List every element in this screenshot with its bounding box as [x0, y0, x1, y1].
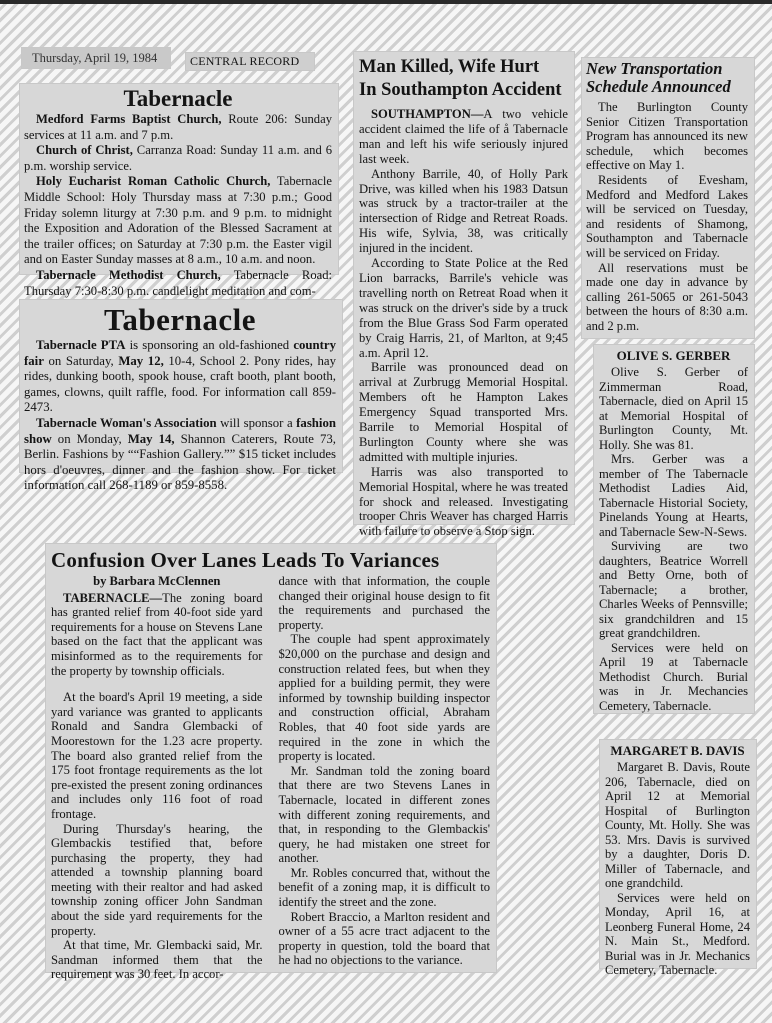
- newspaper-name: CENTRAL RECORD: [186, 53, 314, 70]
- article-paragraph: During Thursday's hearing, the Glembacki…: [51, 822, 263, 939]
- tabernacle-events-clipping: Tabernacle Tabernacle PTA is sponsoring …: [20, 300, 342, 472]
- event-paragraph: Tabernacle PTA is sponsoring an old-fash…: [24, 338, 336, 416]
- clipping-headline: Tabernacle: [24, 86, 332, 112]
- article-paragraph: Mr. Sandman told the zoning board that t…: [279, 764, 491, 866]
- obituary-name: OLIVE S. GERBER: [599, 347, 748, 364]
- article-paragraph: Robert Braccio, a Marlton resident and o…: [279, 910, 491, 968]
- article-paragraph: At that time, Mr. Glembacki said, Mr. Sa…: [51, 938, 263, 982]
- obituary-paragraph: Olive S. Gerber of Zimmerman Road, Taber…: [599, 365, 748, 452]
- zoning-article-clipping: Confusion Over Lanes Leads To Variances …: [46, 544, 496, 972]
- event-paragraph: Tabernacle Woman's Association will spon…: [24, 416, 336, 494]
- article-paragraph: Residents of Evesham, Medford and Medfor…: [586, 173, 748, 261]
- article-headline: New TransportationSchedule Announced: [586, 60, 748, 96]
- article-column-1: by Barbara McClennen TABERNACLE—The zoni…: [51, 574, 263, 982]
- obituary-paragraph: Mrs. Gerber was a member of The Tabernac…: [599, 452, 748, 539]
- article-columns: by Barbara McClennen TABERNACLE—The zoni…: [51, 574, 490, 982]
- byline: by Barbara McClennen: [51, 574, 263, 589]
- article-paragraph-continued: dance with that information, the couple …: [279, 574, 491, 632]
- church-listing: Tabernacle Methodist Church, Tabernacle …: [24, 268, 332, 299]
- article-paragraph: The couple had spent approximately $20,0…: [279, 632, 491, 763]
- obituary-gerber-clipping: OLIVE S. GERBER Olive S. Gerber of Zimme…: [594, 345, 754, 713]
- obituary-paragraph: Services were held on April 19 at Tabern…: [599, 641, 748, 714]
- dateline-clipping: Thursday, April 19, 1984: [22, 48, 170, 68]
- accident-article-clipping: Man Killed, Wife HurtIn Southampton Acci…: [354, 52, 574, 524]
- article-headline: Confusion Over Lanes Leads To Variances: [51, 546, 490, 574]
- transportation-schedule-clipping: New TransportationSchedule Announced The…: [582, 58, 754, 338]
- article-paragraph: At the board's April 19 meeting, a side …: [51, 690, 263, 821]
- obituary-name: MARGARET B. DAVIS: [605, 742, 750, 759]
- church-listing: Church of Christ, Carranza Road: Sunday …: [24, 143, 332, 174]
- church-listing: Medford Farms Baptist Church, Route 206:…: [24, 112, 332, 143]
- obituary-paragraph: Services were held on Monday, April 16, …: [605, 891, 750, 978]
- clipping-headline: Tabernacle: [24, 302, 336, 338]
- article-paragraph: Anthony Barrile, 40, of Holly Park Drive…: [359, 167, 568, 256]
- article-paragraph: Mr. Robles concurred that, without the b…: [279, 866, 491, 910]
- obituary-davis-clipping: MARGARET B. DAVIS Margaret B. Davis, Rou…: [600, 740, 756, 968]
- article-paragraph: Harris was also transported to Memorial …: [359, 465, 568, 540]
- scan-top-edge: [0, 0, 772, 4]
- article-paragraph: According to State Police at the Red Lio…: [359, 256, 568, 360]
- tabernacle-churches-clipping: Tabernacle Medford Farms Baptist Church,…: [20, 84, 338, 274]
- article-paragraph: Barrile was pronounced dead on arrival a…: [359, 360, 568, 464]
- obituary-paragraph: Margaret B. Davis, Route 206, Tabernacle…: [605, 760, 750, 891]
- article-paragraph: All reservations must be made one day in…: [586, 261, 748, 334]
- article-lead: SOUTHAMPTON—A two vehicle accident claim…: [359, 107, 568, 167]
- article-paragraph: The Burlington County Senior Citizen Tra…: [586, 100, 748, 173]
- article-headline: Man Killed, Wife HurtIn Southampton Acci…: [359, 56, 568, 102]
- article-lead: TABERNACLE—The zoning board has granted …: [51, 591, 263, 679]
- obituary-paragraph: Surviving are two daughters, Beatrice Wo…: [599, 539, 748, 641]
- church-listing: Holy Eucharist Roman Catholic Church, Ta…: [24, 174, 332, 268]
- article-column-2: dance with that information, the couple …: [279, 574, 491, 982]
